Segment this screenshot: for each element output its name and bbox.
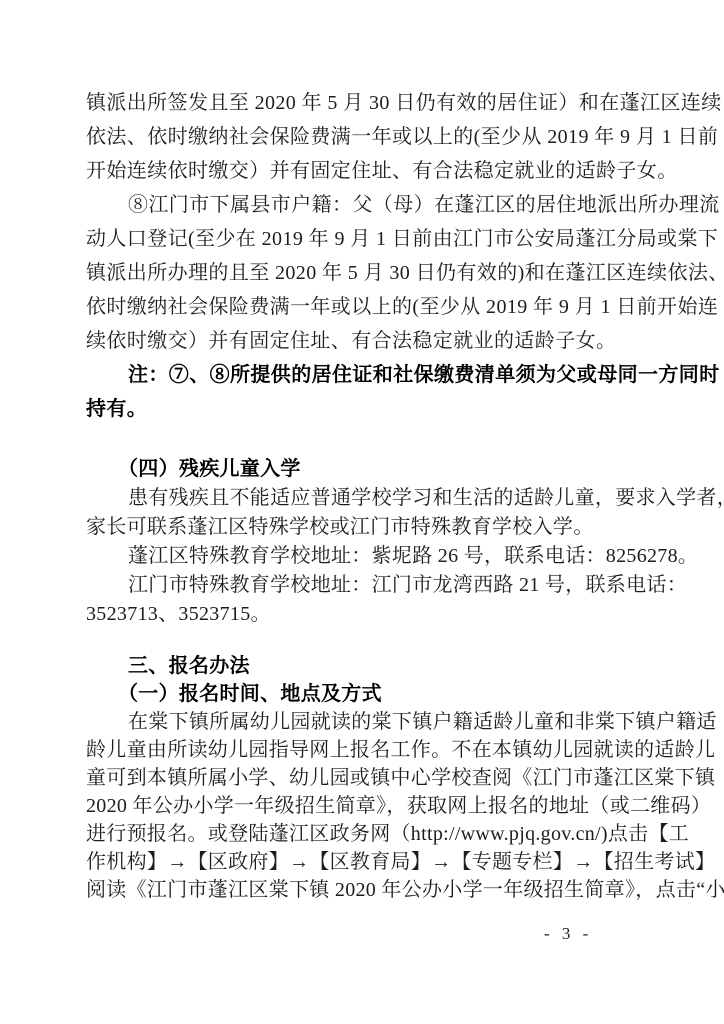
section-heading: （四）残疾儿童入学: [86, 455, 652, 484]
section-registration-method: 三、报名办法 （一）报名时间、地点及方式 在棠下镇所属幼儿园就读的棠下镇户籍适龄…: [86, 652, 652, 904]
section-disabled-children: （四）残疾儿童入学 患有残疾且不能适应普通学校学习和生活的适龄儿童，要求入学者，…: [86, 455, 652, 629]
text-line: 作机构】→【区政府】→【区教育局】→【专题专栏】→【招生考试】: [86, 848, 652, 876]
text-line: 开始连续依时缴交）并有固定住址、有合法稳定就业的适龄子女。: [86, 154, 652, 188]
text-line: 进行预报名。或登陆蓬江区政务网（http://www.pjq.gov.cn/)点…: [86, 820, 652, 848]
text-line: 江门市特殊教育学校地址：江门市龙湾西路 21 号，联系电话：: [86, 571, 652, 600]
text-line: 蓬江区特殊教育学校地址：紫坭路 26 号，联系电话：8256278。: [86, 542, 652, 571]
page-content: 镇派出所签发且至 2020 年 5 月 30 日仍有效的居住证）和在蓬江区连续 …: [86, 86, 652, 904]
text-line: ⑧江门市下属县市户籍：父（母）在蓬江区的居住地派出所办理流: [86, 188, 652, 222]
text-line: 龄儿童由所读幼儿园指导网上报名工作。不在本镇幼儿园就读的适龄儿: [86, 736, 652, 764]
text-line: 镇派出所办理的且至 2020 年 5 月 30 日仍有效的)和在蓬江区连续依法、: [86, 256, 652, 290]
section-heading: 三、报名办法: [86, 652, 652, 680]
text-line: 3523713、3523715。: [86, 600, 652, 629]
note-line: 持有。: [86, 392, 652, 426]
text-line: 2020 年公办小学一年级招生简章》，获取网上报名的地址（或二维码）: [86, 792, 652, 820]
section-residence-permit: 镇派出所签发且至 2020 年 5 月 30 日仍有效的居住证）和在蓬江区连续 …: [86, 86, 652, 426]
text-line: 续依时缴交）并有固定住址、有合法稳定就业的适龄子女。: [86, 324, 652, 358]
text-line: 在棠下镇所属幼儿园就读的棠下镇户籍适龄儿童和非棠下镇户籍适: [86, 708, 652, 736]
document-page: 镇派出所签发且至 2020 年 5 月 30 日仍有效的居住证）和在蓬江区连续 …: [0, 0, 724, 1024]
text-line: 依法、依时缴纳社会保险费满一年或以上的(至少从 2019 年 9 月 1 日前: [86, 120, 652, 154]
text-line: 动人口登记(至少在 2019 年 9 月 1 日前由江门市公安局蓬江分局或棠下: [86, 222, 652, 256]
note-line: 注：⑦、⑧所提供的居住证和社保缴费清单须为父或母同一方同时: [86, 358, 652, 392]
text-line: 阅读《江门市蓬江区棠下镇 2020 年公办小学一年级招生简章》，点击“小: [86, 876, 652, 904]
text-line: 依时缴纳社会保险费满一年或以上的(至少从 2019 年 9 月 1 日前开始连: [86, 290, 652, 324]
text-line: 患有残疾且不能适应普通学校学习和生活的适龄儿童，要求入学者，: [86, 484, 652, 513]
text-line: 镇派出所签发且至 2020 年 5 月 30 日仍有效的居住证）和在蓬江区连续: [86, 86, 652, 120]
text-line: 家长可联系蓬江区特殊学校或江门市特殊教育学校入学。: [86, 513, 652, 542]
page-number: - 3 -: [544, 924, 592, 944]
text-line: 童可到本镇所属小学、幼儿园或镇中心学校查阅《江门市蓬江区棠下镇: [86, 764, 652, 792]
section-subheading: （一）报名时间、地点及方式: [86, 680, 652, 708]
